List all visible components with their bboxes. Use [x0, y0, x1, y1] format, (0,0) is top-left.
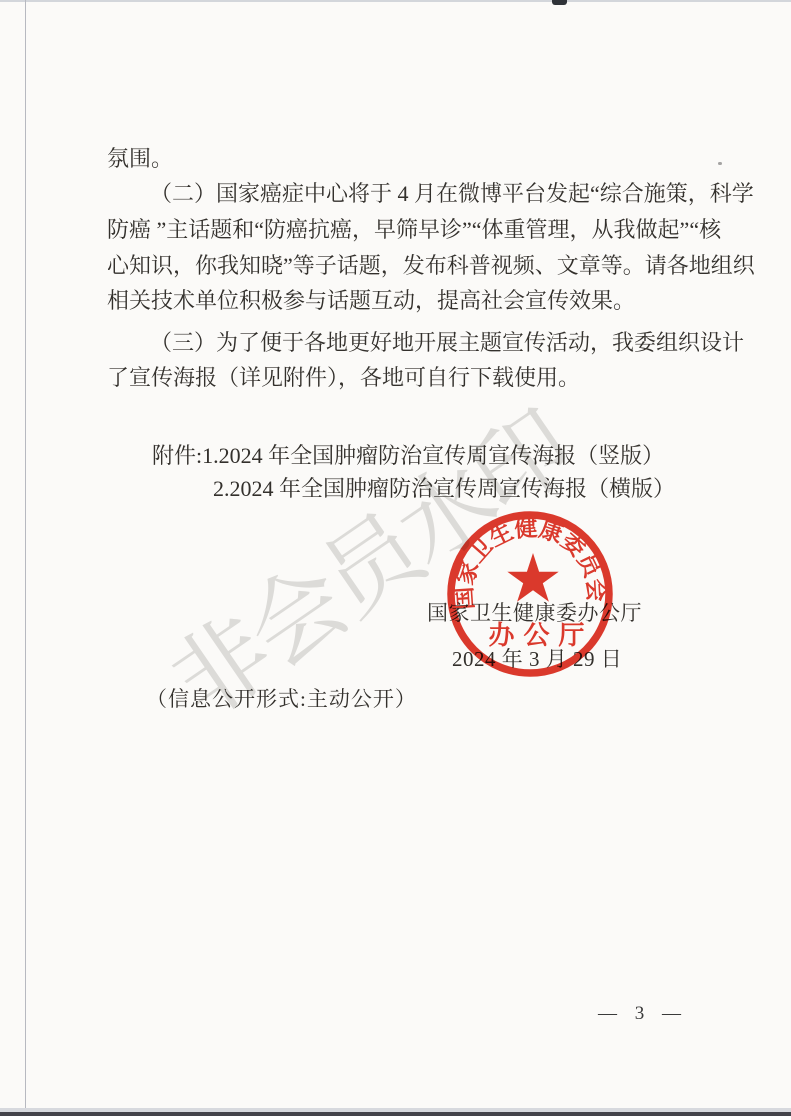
page-left-edge [25, 0, 26, 1112]
seal-bottom-text: 办公厅 [488, 620, 593, 650]
scan-background [0, 1116, 791, 1120]
official-seal: 国家卫生健康委员会 办公厅 [430, 494, 630, 694]
body-line-para2-3: 心知识，你我知晓”等子话题，发布科普视频、文章等。请各地组织 [107, 253, 755, 279]
document-page: 非会员水印 氛围。 （二）国家癌症中心将于 4 月在微博平台发起“综合施策，科学… [0, 0, 791, 1120]
page-top-edge [0, 0, 791, 2]
body-line-para3-2: 了宣传海报（详见附件），各地可自行下载使用。 [107, 365, 580, 391]
attachment-line-1: 附件:1.2024 年全国肿瘤防治宣传周宣传海报（竖版） [152, 443, 664, 469]
page-number: — 3 — [598, 1001, 684, 1027]
scan-speck [718, 162, 722, 165]
disclosure-note: （信息公开形式:主动公开） [146, 686, 417, 712]
body-line-para3-1: （三）为了便于各地更好地开展主题宣传活动，我委组织设计 [150, 330, 744, 356]
body-line-para2-2: 防癌 ”主话题和“防癌抗癌，早筛早诊”“体重管理，从我做起”“核 [107, 217, 721, 243]
star-icon [507, 553, 558, 602]
body-line-closing: 氛围。 [107, 146, 173, 172]
body-line-para2-4: 相关技术单位积极参与话题互动，提高社会宣传效果。 [107, 288, 635, 314]
body-line-para2-1: （二）国家癌症中心将于 4 月在微博平台发起“综合施策，科学 [150, 181, 754, 207]
scan-notch-mark [552, 0, 567, 5]
